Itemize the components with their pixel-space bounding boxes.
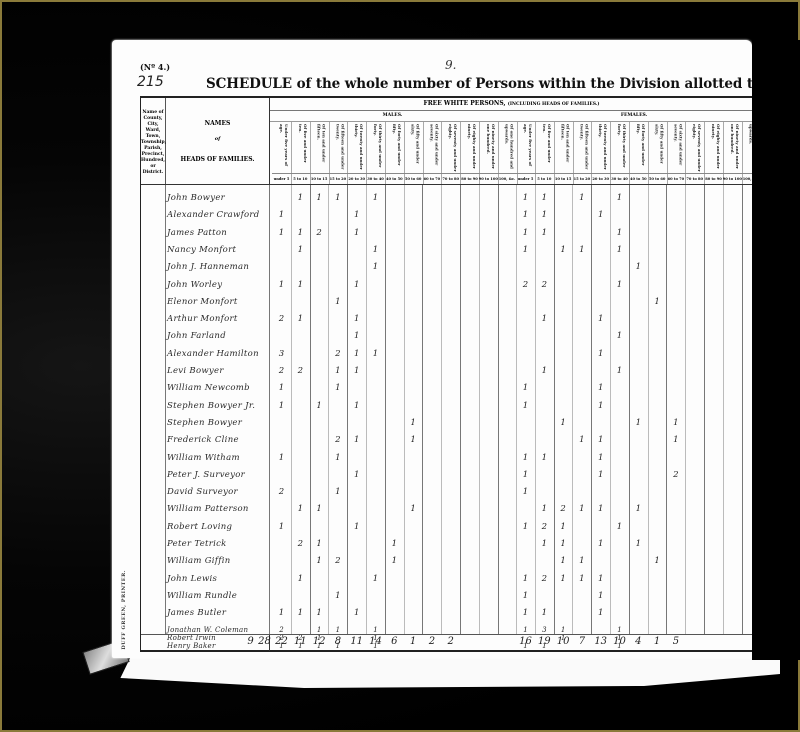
male-age-column-header: Of ninety and under one hundred.90 to 10… bbox=[479, 122, 499, 184]
female-count-cell: 1 bbox=[516, 245, 535, 255]
male-count-cell: 2 bbox=[272, 314, 291, 324]
male-total-cell: 2 bbox=[441, 636, 460, 647]
form-number: (Nº 4.) bbox=[140, 62, 170, 72]
male-count-cell: 1 bbox=[366, 262, 385, 272]
female-age-column-header: Of fifty and under sixty.50 to 60 bbox=[648, 122, 668, 184]
head-of-family-name: Stephen Bowyer bbox=[167, 418, 242, 428]
female-count-cell: 1 bbox=[591, 453, 610, 463]
age-column-label: Of five and under ten. bbox=[537, 124, 552, 172]
female-count-cell: 1 bbox=[591, 349, 610, 359]
male-count-cell: 2 bbox=[291, 539, 310, 549]
age-range-label: 90 to 100 bbox=[723, 173, 742, 184]
age-column-label: Of forty and under fifty. bbox=[631, 124, 646, 172]
household-row: James Butler1111111 bbox=[141, 607, 753, 624]
household-row: William Giffin121111 bbox=[141, 555, 753, 572]
female-age-column-header: Of seventy and under eighty.70 to 80 bbox=[685, 122, 705, 184]
male-count-cell: 1 bbox=[404, 435, 423, 445]
male-count-cell: 1 bbox=[291, 504, 310, 514]
female-count-cell: 1 bbox=[629, 418, 648, 428]
male-count-cell: 1 bbox=[272, 608, 291, 618]
female-count-cell: 1 bbox=[572, 435, 591, 445]
female-age-column-header: Of twenty and under thirty.20 to 30 bbox=[591, 122, 611, 184]
male-count-cell: 1 bbox=[272, 210, 291, 220]
of-label: of bbox=[166, 136, 269, 142]
age-range-label: 80 to 90 bbox=[704, 173, 723, 184]
head-of-family-name: John Bowyer bbox=[167, 193, 225, 203]
female-count-cell: 2 bbox=[554, 504, 573, 514]
head-of-family-name: John Lewis bbox=[167, 574, 217, 584]
male-count-cell: 1 bbox=[291, 574, 310, 584]
male-count-cell: 1 bbox=[347, 401, 366, 411]
male-total-cell: 2 bbox=[422, 636, 441, 647]
female-count-cell: 1 bbox=[591, 383, 610, 393]
female-count-cell: 1 bbox=[516, 470, 535, 480]
female-count-cell: 1 bbox=[572, 193, 591, 203]
female-total-cell: 10 bbox=[554, 636, 573, 647]
head-of-family-name: Elenor Monfort bbox=[167, 297, 238, 307]
male-count-cell: 1 bbox=[347, 435, 366, 445]
male-count-cell: 1 bbox=[272, 383, 291, 393]
age-range-label: 5 to 10 bbox=[535, 173, 554, 184]
male-age-column-header: Of twenty and under thirty.20 to 30 bbox=[347, 122, 367, 184]
male-count-cell: 2 bbox=[272, 487, 291, 497]
free-white-persons-title: FREE WHITE PERSONS, bbox=[423, 100, 505, 107]
head-of-family-name: John Farland bbox=[167, 331, 226, 341]
head-of-family-name: Robert Loving bbox=[167, 522, 232, 532]
male-count-cell: 1 bbox=[347, 349, 366, 359]
age-column-label: Of eighty and under ninety. bbox=[462, 124, 477, 172]
male-count-cell: 1 bbox=[328, 383, 347, 393]
male-count-cell: 2 bbox=[328, 349, 347, 359]
male-count-cell: 1 bbox=[291, 228, 310, 238]
male-count-cell: 1 bbox=[272, 453, 291, 463]
age-range-label: 70 to 80 bbox=[441, 173, 460, 184]
female-count-cell: 1 bbox=[535, 539, 554, 549]
names-label: NAMES bbox=[166, 120, 269, 127]
female-total-cell: 10 bbox=[610, 636, 629, 647]
male-age-column-header: Of eighty and under ninety.80 to 90 bbox=[460, 122, 480, 184]
totals-row: 92822111281114612216191071310415 bbox=[141, 634, 753, 651]
household-row: Nancy Monfort111111 bbox=[141, 244, 753, 261]
female-count-cell: 1 bbox=[666, 418, 685, 428]
head-of-family-name: William Newcomb bbox=[167, 383, 250, 393]
male-count-cell: 1 bbox=[310, 193, 329, 203]
household-row: David Surveyor211 bbox=[141, 486, 753, 503]
male-total-cell: 12 bbox=[310, 636, 329, 647]
free-white-persons-subtitle: (INCLUDING HEADS OF FAMILIES.) bbox=[508, 102, 600, 107]
head-of-family-name: Frederick Cline bbox=[167, 435, 239, 445]
female-age-column-header: Under five years of age.under 5 bbox=[516, 122, 536, 184]
age-column-label: Of fifteen and under twenty. bbox=[330, 124, 345, 172]
household-row: John J. Hanneman11 bbox=[141, 261, 753, 278]
female-count-cell: 1 bbox=[629, 262, 648, 272]
male-age-column-header: Under five years of age.under 5 bbox=[272, 122, 292, 184]
male-count-cell: 1 bbox=[366, 245, 385, 255]
head-of-family-name: James Butler bbox=[167, 608, 226, 618]
female-count-cell: 1 bbox=[554, 539, 573, 549]
male-count-cell: 1 bbox=[272, 522, 291, 532]
age-column-label: Under five years of age. bbox=[518, 124, 533, 172]
household-row: Peter Tetrick2111111 bbox=[141, 538, 753, 555]
head-of-family-name: John Worley bbox=[167, 280, 222, 290]
female-count-cell: 1 bbox=[648, 556, 667, 566]
female-count-cell: 1 bbox=[610, 193, 629, 203]
age-column-label: Under five years of age. bbox=[274, 124, 289, 172]
female-total-cell: 7 bbox=[572, 636, 591, 647]
head-of-family-name: William Witham bbox=[167, 453, 240, 463]
household-row: James Patton1121111 bbox=[141, 227, 753, 244]
male-count-cell: 1 bbox=[328, 366, 347, 376]
male-count-cell: 1 bbox=[272, 280, 291, 290]
female-age-column-header: Of forty and under fifty.40 to 50 bbox=[629, 122, 649, 184]
age-column-label: Of thirty and under forty. bbox=[612, 124, 627, 172]
age-column-label: Of thirty and under forty. bbox=[368, 124, 383, 172]
age-range-label: 60 to 70 bbox=[422, 173, 441, 184]
head-of-family-name: William Giffin bbox=[167, 556, 230, 566]
female-count-cell: 2 bbox=[535, 574, 554, 584]
free-white-persons-header: FREE WHITE PERSONS, (INCLUDING HEADS OF … bbox=[270, 98, 753, 111]
schedule-title: SCHEDULE of the whole number of Persons … bbox=[206, 76, 762, 92]
male-count-cell: 1 bbox=[347, 314, 366, 324]
names-column-header: NAMES of HEADS OF FAMILIES. bbox=[166, 98, 270, 184]
male-count-cell: 1 bbox=[366, 193, 385, 203]
female-total-cell: 13 bbox=[591, 636, 610, 647]
female-count-cell: 1 bbox=[535, 193, 554, 203]
household-row: Elenor Monfort11 bbox=[141, 296, 753, 313]
female-age-column-header: Of eighty and under ninety.80 to 90 bbox=[704, 122, 724, 184]
age-column-label: Of twenty and under thirty. bbox=[593, 124, 608, 172]
female-count-cell: 2 bbox=[516, 280, 535, 290]
female-count-cell: 1 bbox=[591, 591, 610, 601]
printer-imprint: DUFF GREEN, PRINTER. bbox=[121, 570, 127, 650]
age-range-label: 10 to 15 bbox=[310, 173, 329, 184]
male-total-cell: 6 bbox=[385, 636, 404, 647]
head-of-family-name: Levi Bowyer bbox=[167, 366, 224, 376]
male-count-cell: 1 bbox=[328, 453, 347, 463]
male-total-cell: 8 bbox=[328, 636, 347, 647]
head-of-family-name: Alexander Crawford bbox=[167, 210, 260, 220]
household-row: John Bowyer11111111 bbox=[141, 192, 753, 209]
male-count-cell: 1 bbox=[347, 210, 366, 220]
male-count-cell: 3 bbox=[272, 349, 291, 359]
head-of-family-name: Alexander Hamilton bbox=[167, 349, 259, 359]
female-total-cell: 16 bbox=[516, 636, 535, 647]
household-row: John Lewis1112111 bbox=[141, 573, 753, 590]
female-count-cell: 1 bbox=[535, 210, 554, 220]
male-count-cell: 1 bbox=[310, 608, 329, 618]
female-count-cell: 1 bbox=[516, 383, 535, 393]
female-count-cell: 1 bbox=[516, 401, 535, 411]
household-row: William Newcomb1111 bbox=[141, 382, 753, 399]
age-range-label: 90 to 100 bbox=[479, 173, 498, 184]
age-column-label: Of ten and under fifteen. bbox=[556, 124, 571, 172]
female-count-cell: 1 bbox=[610, 280, 629, 290]
male-age-column-header: Of one hundred and upwards.100, &c. bbox=[498, 122, 518, 184]
household-row: Arthur Monfort21111 bbox=[141, 313, 753, 330]
female-count-cell: 2 bbox=[666, 470, 685, 480]
age-range-label: 15 to 20 bbox=[328, 173, 347, 184]
female-count-cell: 1 bbox=[610, 331, 629, 341]
age-range-label: 70 to 80 bbox=[685, 173, 704, 184]
age-column-label: Of eighty and under ninety. bbox=[706, 124, 721, 172]
age-range-label: 15 to 20 bbox=[572, 173, 591, 184]
household-row: Alexander Hamilton32111 bbox=[141, 348, 753, 365]
male-total-cell: 22 bbox=[272, 636, 291, 647]
male-count-cell: 2 bbox=[328, 435, 347, 445]
page-number: 215 bbox=[137, 74, 164, 90]
age-column-label: Of sixty and under seventy. bbox=[668, 124, 683, 172]
male-age-column-header: Of sixty and under seventy.60 to 70 bbox=[422, 122, 442, 184]
female-count-cell: 1 bbox=[535, 504, 554, 514]
head-of-family-name: Peter J. Surveyor bbox=[167, 470, 245, 480]
female-count-cell: 1 bbox=[610, 522, 629, 532]
age-column-label: Of seventy and under eighty. bbox=[443, 124, 458, 172]
male-count-cell: 1 bbox=[291, 280, 310, 290]
age-column-label: Of sixty and under seventy. bbox=[424, 124, 439, 172]
household-row: William Patterson11112111 bbox=[141, 503, 753, 520]
female-age-column-header: Of ninety and under one hundred.90 to 10… bbox=[723, 122, 743, 184]
male-count-cell: 1 bbox=[291, 608, 310, 618]
age-range-label: 20 to 30 bbox=[347, 173, 366, 184]
female-count-cell: 1 bbox=[629, 504, 648, 514]
male-age-column-header: Of forty and under fifty.40 to 50 bbox=[385, 122, 405, 184]
age-range-label: under 5 bbox=[516, 173, 535, 184]
age-column-label: Of one hundred and upwards. bbox=[500, 124, 515, 172]
age-range-label: 60 to 70 bbox=[666, 173, 685, 184]
female-count-cell: 1 bbox=[535, 453, 554, 463]
head-of-family-name: Stephen Bowyer Jr. bbox=[167, 401, 255, 411]
male-count-cell: 1 bbox=[328, 193, 347, 203]
age-column-label: Of fifteen and under twenty. bbox=[574, 124, 589, 172]
male-count-cell: 2 bbox=[328, 556, 347, 566]
age-range-label: 80 to 90 bbox=[460, 173, 479, 184]
age-column-label: Of twenty and under thirty. bbox=[349, 124, 364, 172]
female-count-cell: 1 bbox=[516, 453, 535, 463]
age-column-label: Of ninety and under one hundred. bbox=[481, 124, 496, 172]
female-count-cell: 1 bbox=[666, 435, 685, 445]
male-age-column-header: Of fifty and under sixty.50 to 60 bbox=[404, 122, 424, 184]
female-count-cell: 1 bbox=[591, 435, 610, 445]
male-age-column-header: Of fifteen and under twenty.15 to 20 bbox=[328, 122, 348, 184]
household-row: Stephen Bowyer1111 bbox=[141, 417, 753, 434]
female-count-cell: 1 bbox=[516, 210, 535, 220]
heads-of-families-label: HEADS OF FAMILIES. bbox=[166, 156, 269, 163]
female-age-column-header: Of thirty and under forty.30 to 40 bbox=[610, 122, 630, 184]
male-age-column-header: Of five and under ten.5 to 10 bbox=[291, 122, 311, 184]
age-column-label: Of ten and under fifteen. bbox=[312, 124, 327, 172]
male-count-cell: 1 bbox=[347, 522, 366, 532]
female-total-cell: 4 bbox=[629, 636, 648, 647]
age-range-label: 40 to 50 bbox=[385, 173, 404, 184]
household-row: Alexander Crawford11111 bbox=[141, 209, 753, 226]
male-count-cell: 1 bbox=[347, 366, 366, 376]
female-count-cell: 1 bbox=[516, 487, 535, 497]
male-count-cell: 1 bbox=[310, 556, 329, 566]
female-count-cell: 1 bbox=[591, 401, 610, 411]
female-count-cell: 1 bbox=[629, 539, 648, 549]
household-row: Stephen Bowyer Jr.11111 bbox=[141, 400, 753, 417]
female-count-cell: 1 bbox=[554, 245, 573, 255]
male-count-cell: 1 bbox=[328, 487, 347, 497]
male-count-cell: 2 bbox=[272, 366, 291, 376]
female-count-cell: 1 bbox=[591, 210, 610, 220]
female-count-cell: 1 bbox=[516, 193, 535, 203]
age-column-label: Of ninety and under one hundred. bbox=[725, 124, 740, 172]
age-range-label: 50 to 60 bbox=[404, 173, 423, 184]
female-count-cell: 1 bbox=[535, 366, 554, 376]
male-count-cell: 1 bbox=[347, 608, 366, 618]
household-row: William Rundle111 bbox=[141, 590, 753, 607]
male-count-cell: 1 bbox=[310, 539, 329, 549]
female-count-cell: 1 bbox=[572, 574, 591, 584]
dark-margin bbox=[752, 40, 800, 660]
age-range-label: under 5 bbox=[272, 173, 291, 184]
household-row: John Farland11 bbox=[141, 330, 753, 347]
female-count-cell: 1 bbox=[648, 297, 667, 307]
head-of-family-name: Nancy Monfort bbox=[167, 245, 236, 255]
age-range-label: 40 to 50 bbox=[629, 173, 648, 184]
female-count-cell: 1 bbox=[554, 418, 573, 428]
head-of-family-name: Arthur Monfort bbox=[167, 314, 238, 324]
age-column-label: Of fifty and under sixty. bbox=[650, 124, 665, 172]
male-count-cell: 1 bbox=[291, 245, 310, 255]
male-count-cell: 2 bbox=[310, 228, 329, 238]
male-count-cell: 1 bbox=[291, 193, 310, 203]
male-count-cell: 1 bbox=[347, 331, 366, 341]
female-count-cell: 1 bbox=[572, 504, 591, 514]
female-count-cell: 1 bbox=[572, 556, 591, 566]
male-count-cell: 1 bbox=[328, 297, 347, 307]
county-column-header: Name of County, City, Ward, Town, Townsh… bbox=[141, 98, 166, 196]
age-range-label: 30 to 40 bbox=[366, 173, 385, 184]
header-divider bbox=[141, 184, 753, 185]
male-count-cell: 1 bbox=[385, 556, 404, 566]
female-count-cell: 1 bbox=[591, 539, 610, 549]
male-count-cell: 1 bbox=[272, 228, 291, 238]
male-age-column-header: Of ten and under fifteen.10 to 15 bbox=[310, 122, 330, 184]
male-count-cell: 1 bbox=[385, 539, 404, 549]
male-count-cell: 1 bbox=[347, 470, 366, 480]
female-age-column-header: Of sixty and under seventy.60 to 70 bbox=[666, 122, 686, 184]
female-total-cell: 19 bbox=[535, 636, 554, 647]
female-count-cell: 1 bbox=[554, 522, 573, 532]
female-count-cell: 1 bbox=[516, 522, 535, 532]
female-count-cell: 1 bbox=[554, 556, 573, 566]
household-row: Frederick Cline211111 bbox=[141, 434, 753, 451]
male-count-cell: 1 bbox=[291, 314, 310, 324]
female-count-cell: 2 bbox=[535, 280, 554, 290]
female-count-cell: 1 bbox=[535, 228, 554, 238]
age-column-label: Of forty and under fifty. bbox=[387, 124, 402, 172]
age-column-label: Of fifty and under sixty. bbox=[406, 124, 421, 172]
age-range-label: 100, &c. bbox=[498, 173, 517, 184]
female-total-cell: 1 bbox=[648, 636, 667, 647]
household-row: Levi Bowyer221111 bbox=[141, 365, 753, 382]
male-count-cell: 1 bbox=[310, 504, 329, 514]
male-total-cell: 11 bbox=[291, 636, 310, 647]
census-table: Name of County, City, Ward, Town, Townsh… bbox=[140, 96, 753, 652]
male-count-cell: 1 bbox=[272, 401, 291, 411]
male-count-cell: 1 bbox=[347, 228, 366, 238]
females-header: FEMALES. bbox=[515, 111, 753, 122]
male-count-cell: 1 bbox=[366, 574, 385, 584]
female-count-cell: 1 bbox=[516, 608, 535, 618]
male-count-cell: 1 bbox=[310, 401, 329, 411]
female-count-cell: 1 bbox=[591, 608, 610, 618]
female-count-cell: 2 bbox=[535, 522, 554, 532]
female-age-column-header: Of fifteen and under twenty.15 to 20 bbox=[572, 122, 592, 184]
folio-number: 9. bbox=[445, 58, 456, 72]
head-of-family-name: David Surveyor bbox=[167, 487, 238, 497]
male-total-cell: 1 bbox=[404, 636, 423, 647]
head-of-family-name: Peter Tetrick bbox=[167, 539, 227, 549]
age-range-label: 10 to 15 bbox=[554, 173, 573, 184]
male-count-cell: 1 bbox=[404, 504, 423, 514]
age-column-label: Of seventy and under eighty. bbox=[687, 124, 702, 172]
female-count-cell: 1 bbox=[516, 574, 535, 584]
age-column-label: Of five and under ten. bbox=[293, 124, 308, 172]
male-age-column-header: Of thirty and under forty.30 to 40 bbox=[366, 122, 386, 184]
household-row: William Witham11111 bbox=[141, 452, 753, 469]
household-row: Robert Loving111211 bbox=[141, 521, 753, 538]
female-age-column-header: Of five and under ten.5 to 10 bbox=[535, 122, 555, 184]
age-range-label: 20 to 30 bbox=[591, 173, 610, 184]
head-of-family-name: William Patterson bbox=[167, 504, 249, 514]
age-range-label: 5 to 10 bbox=[291, 173, 310, 184]
female-count-cell: 1 bbox=[572, 245, 591, 255]
female-count-cell: 1 bbox=[610, 228, 629, 238]
female-count-cell: 1 bbox=[535, 314, 554, 324]
female-count-cell: 1 bbox=[591, 574, 610, 584]
female-count-cell: 1 bbox=[591, 504, 610, 514]
head-of-family-name: William Rundle bbox=[167, 591, 237, 601]
male-count-cell: 1 bbox=[328, 591, 347, 601]
male-count-cell: 1 bbox=[347, 280, 366, 290]
female-count-cell: 1 bbox=[591, 470, 610, 480]
males-header: MALES. bbox=[270, 111, 515, 122]
female-count-cell: 1 bbox=[610, 245, 629, 255]
age-range-label: 30 to 40 bbox=[610, 173, 629, 184]
female-total-cell: 5 bbox=[666, 636, 685, 647]
female-count-cell: 1 bbox=[554, 574, 573, 584]
male-age-column-header: Of seventy and under eighty.70 to 80 bbox=[441, 122, 461, 184]
male-count-cell: 2 bbox=[291, 366, 310, 376]
female-age-column-header: Of ten and under fifteen.10 to 15 bbox=[554, 122, 574, 184]
head-of-family-name: James Patton bbox=[167, 228, 227, 238]
male-count-cell: 1 bbox=[404, 418, 423, 428]
male-total-cell: 14 bbox=[366, 636, 385, 647]
age-range-label: 50 to 60 bbox=[648, 173, 667, 184]
household-row: Peter J. Surveyor1112 bbox=[141, 469, 753, 486]
female-count-cell: 1 bbox=[591, 314, 610, 324]
male-total-cell: 11 bbox=[347, 636, 366, 647]
female-count-cell: 1 bbox=[516, 228, 535, 238]
female-count-cell: 1 bbox=[535, 608, 554, 618]
head-of-family-name: John J. Hanneman bbox=[167, 262, 249, 272]
male-count-cell: 1 bbox=[366, 349, 385, 359]
household-row: John Worley111221 bbox=[141, 279, 753, 296]
female-count-cell: 1 bbox=[516, 591, 535, 601]
female-count-cell: 1 bbox=[610, 366, 629, 376]
